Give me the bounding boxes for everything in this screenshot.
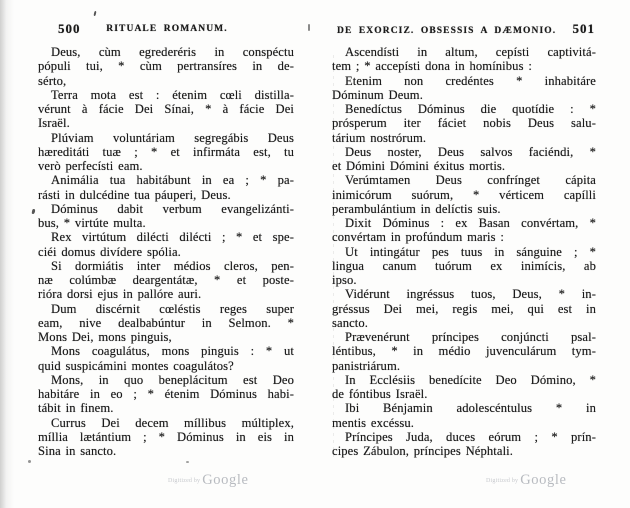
text-line: Mons coagulátus, mons pinguis : * ut <box>38 344 294 358</box>
text-line: cipes Zábulon, príncipes Néphtali. <box>332 444 596 458</box>
text-line: Ut intingátur pes tuus in sánguine ; * <box>332 245 596 259</box>
psalm-verse: Rex virtútum dilécti dilécti ; * et spe-… <box>38 230 294 259</box>
text-line: lingua canum tuórum ex inimícis, ab <box>332 259 596 273</box>
text-line: Príncipes Juda, duces eórum ; * prín- <box>332 430 596 444</box>
text-line: convértam in profúndum maris : <box>332 230 596 244</box>
text-line: Mons, in quo beneplácitum est Deo <box>38 373 294 387</box>
text-line: Deus, cùm egrederéris in conspéctu <box>38 45 294 59</box>
psalm-verse: Dixit Dóminus : ex Basan convértam, *con… <box>332 216 596 245</box>
psalm-verse: Dóminus dabit verbum evangelizánti-bus, … <box>38 202 294 231</box>
page-501: DE EXORCIZ. OBSESSIS A DÆMONIO. 501 Asce… <box>332 0 596 508</box>
psalm-verse: Deus, cùm egrederéris in conspéctupópuli… <box>38 45 294 88</box>
running-header-left: 500 RITUALE ROMANUM. <box>38 21 296 37</box>
text-line: habitáre in eo ; * étenim Dóminus habi- <box>38 387 294 401</box>
psalm-verse: Príncipes Juda, duces eórum ; * prín-cip… <box>332 430 596 459</box>
text-line: Sina in sancto. <box>38 444 294 458</box>
psalm-verse: Plúviam voluntáriam segregábis Deushæred… <box>38 131 294 174</box>
text-line: Dum discérnit cœléstis reges super <box>38 302 294 316</box>
text-line: bus, * virtúte multa. <box>38 216 294 230</box>
running-header-right: DE EXORCIZ. OBSESSIS A DÆMONIO. 501 <box>332 21 596 37</box>
text-line: eam, nive dealbabúntur in Selmon. * <box>38 316 294 330</box>
text-line: ipso. <box>332 273 596 287</box>
psalm-verse: Ibi Bénjamin adolescéntulus * inmentis e… <box>332 401 596 430</box>
text-line: pópuli tui, * cùm pertransíres in de- <box>38 59 294 73</box>
psalm-verse: Mons, in quo beneplácitum est Deohabitár… <box>38 373 294 416</box>
text-line: mentis excéssu. <box>332 416 596 430</box>
psalm-verse: Mons coagulátus, mons pinguis : * utquid… <box>38 344 294 373</box>
psalm-verse: Animália tua habitábunt in ea ; * pa-rás… <box>38 173 294 202</box>
psalm-verse: Currus Dei decem míllibus múltiplex,míll… <box>38 416 294 459</box>
page-500: 500 RITUALE ROMANUM. Deus, cùm egrederér… <box>38 0 296 508</box>
psalm-verse: Ut intingátur pes tuus in sánguine ; *li… <box>332 245 596 288</box>
scanned-book-spread: 500 RITUALE ROMANUM. Deus, cùm egrederér… <box>0 0 630 508</box>
text-line: Rex virtútum dilécti dilécti ; * et spe- <box>38 230 294 244</box>
text-line: Ascendísti in altum, cepísti captivitá- <box>332 45 596 59</box>
text-line: prósperum iter fáciet nobis Deus salu- <box>332 116 596 130</box>
text-line: In Ecclésiis benedícite Deo Dómino, * <box>332 373 596 387</box>
text-line: Mons Dei, mons pinguis, <box>38 330 294 344</box>
text-column-left: Deus, cùm egrederéris in conspéctupópuli… <box>38 45 294 458</box>
page-number: 501 <box>573 21 597 37</box>
text-line: gréssus Dei mei, regis mei, qui est in <box>332 302 596 316</box>
text-line: Animália tua habitábunt in ea ; * pa- <box>38 173 294 187</box>
psalm-verse: Deus noster, Deus salvos faciéndi, *et D… <box>332 145 596 174</box>
text-line: Dóminus dabit verbum evangelizánti- <box>38 202 294 216</box>
text-line: Dóminum Deum. <box>332 88 596 102</box>
scan-artifact <box>308 24 310 31</box>
watermark-prefix: Digitized by <box>486 478 518 484</box>
running-title: RITUALE ROMANUM. <box>38 24 296 34</box>
watermark-prefix: Digitized by <box>168 478 200 484</box>
text-line: perambulántium in delíctis suis. <box>332 202 596 216</box>
text-line: míllia lætántium ; * Dóminus in eis in <box>38 430 294 444</box>
psalm-verse: Prævenérunt príncipes conjúncti psal-lén… <box>332 330 596 373</box>
psalm-verse: In Ecclésiis benedícite Deo Dómino, *de … <box>332 373 596 402</box>
text-line: Vidérunt ingréssus tuos, Deus, * in- <box>332 287 596 301</box>
text-line: sancto. <box>332 316 596 330</box>
text-line: Etenim non credéntes * inhabitáre <box>332 74 596 88</box>
text-column-right: Ascendísti in altum, cepísti captivitá-t… <box>332 45 596 458</box>
text-line: de fóntibus Israël. <box>332 387 596 401</box>
psalm-verse: Si dormiátis inter médios cleros, pen-næ… <box>38 259 294 302</box>
text-line: Benedíctus Dóminus die quotídie : * <box>332 102 596 116</box>
psalm-verse: Dum discérnit cœléstis reges supeream, n… <box>38 302 294 345</box>
text-line: Terra mota est : étenim cœli distilla- <box>38 88 294 102</box>
psalm-verse: Benedíctus Dóminus die quotídie : *prósp… <box>332 102 596 145</box>
text-line: rásti in dulcédine tua páuperi, Deus. <box>38 188 294 202</box>
google-watermark: Digitized byGoogle <box>168 471 249 489</box>
text-line: Dixit Dóminus : ex Basan convértam, * <box>332 216 596 230</box>
google-logo: Google <box>202 472 248 488</box>
text-line: tárium nostrórum. <box>332 131 596 145</box>
psalm-verse: Terra mota est : étenim cœli distilla-vé… <box>38 88 294 131</box>
text-line: Verúmtamen Deus confrínget cápita <box>332 173 596 187</box>
text-line: Si dormiátis inter médios cleros, pen- <box>38 259 294 273</box>
text-line: vérunt à fácie Dei Sínai, * à fácie Dei <box>38 102 294 116</box>
text-line: inimicórum suórum, * vérticem capílli <box>332 188 596 202</box>
text-line: tem ; * accepísti dona in homínibus : <box>332 59 596 73</box>
text-line: panistriárum. <box>332 359 596 373</box>
text-line: Israël. <box>38 116 294 130</box>
psalm-verse: Ascendísti in altum, cepísti captivitá-t… <box>332 45 596 74</box>
scan-edge-shadow <box>0 0 14 508</box>
text-line: Plúviam voluntáriam segregábis Deus <box>38 131 294 145</box>
text-line: næ colúmbæ deargentátæ, * et poste- <box>38 273 294 287</box>
text-line: sérto, <box>38 74 294 88</box>
google-watermark: Digitized byGoogle <box>486 471 567 489</box>
text-line: et Dómini Dómini éxitus mortis. <box>332 159 596 173</box>
text-line: ciéi domus divídere spólia. <box>38 245 294 259</box>
text-line: Ibi Bénjamin adolescéntulus * in <box>332 401 596 415</box>
text-line: quid suspicámini montes coagulátos? <box>38 359 294 373</box>
psalm-verse: Vidérunt ingréssus tuos, Deus, * in-grés… <box>332 287 596 330</box>
psalm-verse: Verúmtamen Deus confrínget cápitainimicó… <box>332 173 596 216</box>
text-line: rióra dorsi ejus in pallóre auri. <box>38 287 294 301</box>
text-line: Currus Dei decem míllibus múltiplex, <box>38 416 294 430</box>
scan-artifact <box>32 209 36 214</box>
google-logo: Google <box>520 472 566 488</box>
text-line: Deus noster, Deus salvos faciéndi, * <box>332 145 596 159</box>
text-line: Prævenérunt príncipes conjúncti psal- <box>332 330 596 344</box>
scan-artifact <box>28 460 31 463</box>
psalm-verse: Etenim non credéntes * inhabitáreDóminum… <box>332 74 596 103</box>
text-line: hæreditáti tuæ ; * et infirmáta est, tu <box>38 145 294 159</box>
text-line: verò perfecísti eam. <box>38 159 294 173</box>
text-line: léntibus, * in médio juvenculárum tym- <box>332 344 596 358</box>
text-line: tábit in finem. <box>38 401 294 415</box>
running-title: DE EXORCIZ. OBSESSIS A DÆMONIO. <box>332 23 556 36</box>
